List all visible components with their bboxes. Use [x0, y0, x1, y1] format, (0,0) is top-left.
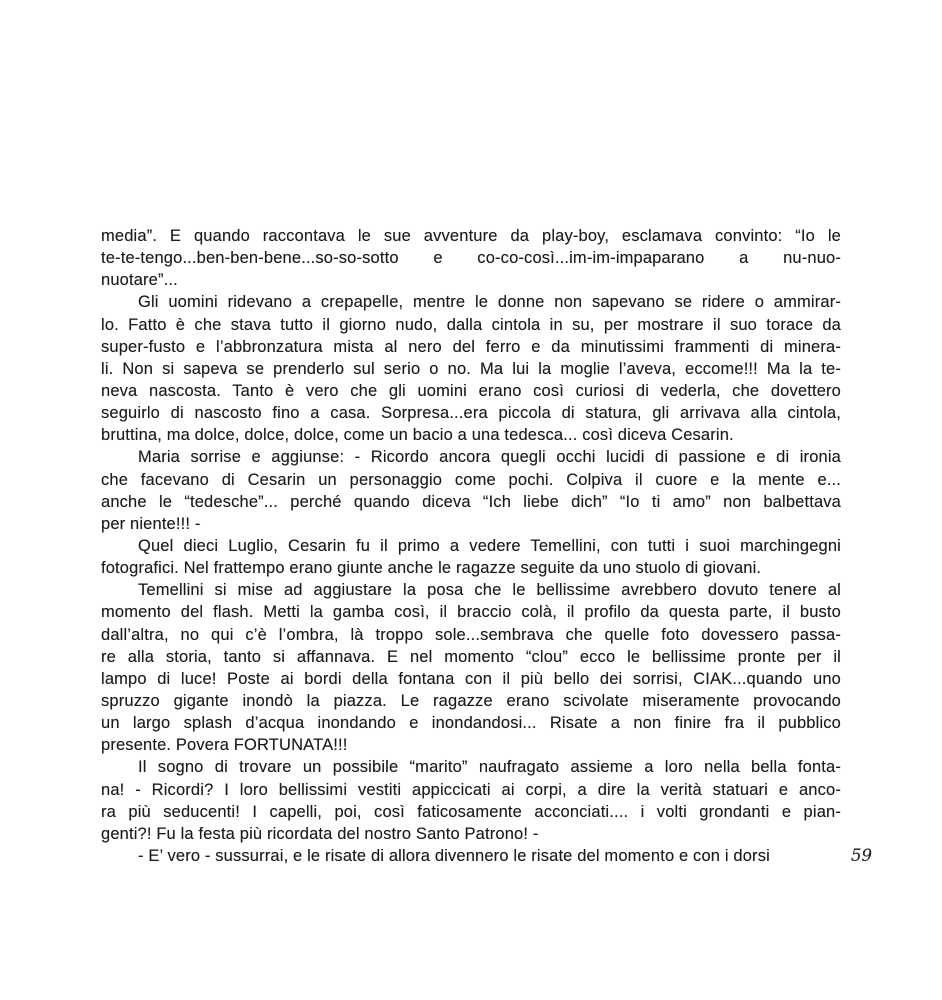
paragraph: Quel dieci Luglio, Cesarin fu il primo a…	[101, 535, 841, 579]
text-line: lo. Fatto è che stava tutto il giorno nu…	[101, 314, 841, 336]
text-line: fotografici. Nel frattempo erano giunte …	[101, 557, 841, 579]
paragraph: Maria sorrise e aggiunse: - Ricordo anco…	[101, 446, 841, 535]
text-line: Maria sorrise e aggiunse: - Ricordo anco…	[101, 446, 841, 468]
text-line: dall’altra, no qui c’è l’ombra, là tropp…	[101, 624, 841, 646]
text-line: te-te-tengo...ben-ben-bene...so-so-sotto…	[101, 247, 841, 269]
text-line: nuotare”...	[101, 269, 841, 291]
text-line: che facevano di Cesarin un personaggio c…	[101, 469, 841, 491]
text-line: genti?! Fu la festa più ricordata del no…	[101, 823, 841, 845]
text-line: - E’ vero - sussurrai, e le risate di al…	[101, 845, 841, 867]
text-line: ra più seducenti! I capelli, poi, così f…	[101, 801, 841, 823]
text-line: super-fusto e l’abbronzatura mista al ne…	[101, 336, 841, 358]
text-line: lampo di luce! Poste ai bordi della font…	[101, 668, 841, 690]
paragraph: Il sogno di trovare un possibile “marito…	[101, 756, 841, 845]
scanned-book-page: media”. E quando raccontava le sue avven…	[0, 0, 942, 1000]
text-line: anche le “tedesche”... perché quando dic…	[101, 491, 841, 513]
text-line: spruzzo gigante inondò la piazza. Le rag…	[101, 690, 841, 712]
text-line: un largo splash d’acqua inondando e inon…	[101, 712, 841, 734]
text-line: Temellini si mise ad aggiustare la posa …	[101, 579, 841, 601]
text-line: per niente!!! -	[101, 513, 841, 535]
text-line: media”. E quando raccontava le sue avven…	[101, 225, 841, 247]
text-line: Gli uomini ridevano a crepapelle, mentre…	[101, 291, 841, 313]
text-line: li. Non si sapeva se prenderlo sul serio…	[101, 358, 841, 380]
text-line: bruttina, ma dolce, dolce, dolce, come u…	[101, 424, 841, 446]
paragraph: media”. E quando raccontava le sue avven…	[101, 225, 841, 291]
text-line: seguirlo di nascosto fino a casa. Sorpre…	[101, 402, 841, 424]
text-line: neva nascosta. Tanto è vero che gli uomi…	[101, 380, 841, 402]
text-line: momento del flash. Metti la gamba così, …	[101, 601, 841, 623]
paragraph: Gli uomini ridevano a crepapelle, mentre…	[101, 291, 841, 446]
text-line: na! - Ricordi? I loro bellissimi vestiti…	[101, 779, 841, 801]
paragraph: Temellini si mise ad aggiustare la posa …	[101, 579, 841, 756]
text-line: presente. Povera FORTUNATA!!!	[101, 734, 841, 756]
text-line: re alla storia, tanto si affannava. E ne…	[101, 646, 841, 668]
text-line: Quel dieci Luglio, Cesarin fu il primo a…	[101, 535, 841, 557]
text-line: Il sogno di trovare un possibile “marito…	[101, 756, 841, 778]
page-number: 59	[851, 845, 911, 867]
paragraph: - E’ vero - sussurrai, e le risate di al…	[101, 845, 841, 867]
body-text: media”. E quando raccontava le sue avven…	[101, 225, 841, 867]
